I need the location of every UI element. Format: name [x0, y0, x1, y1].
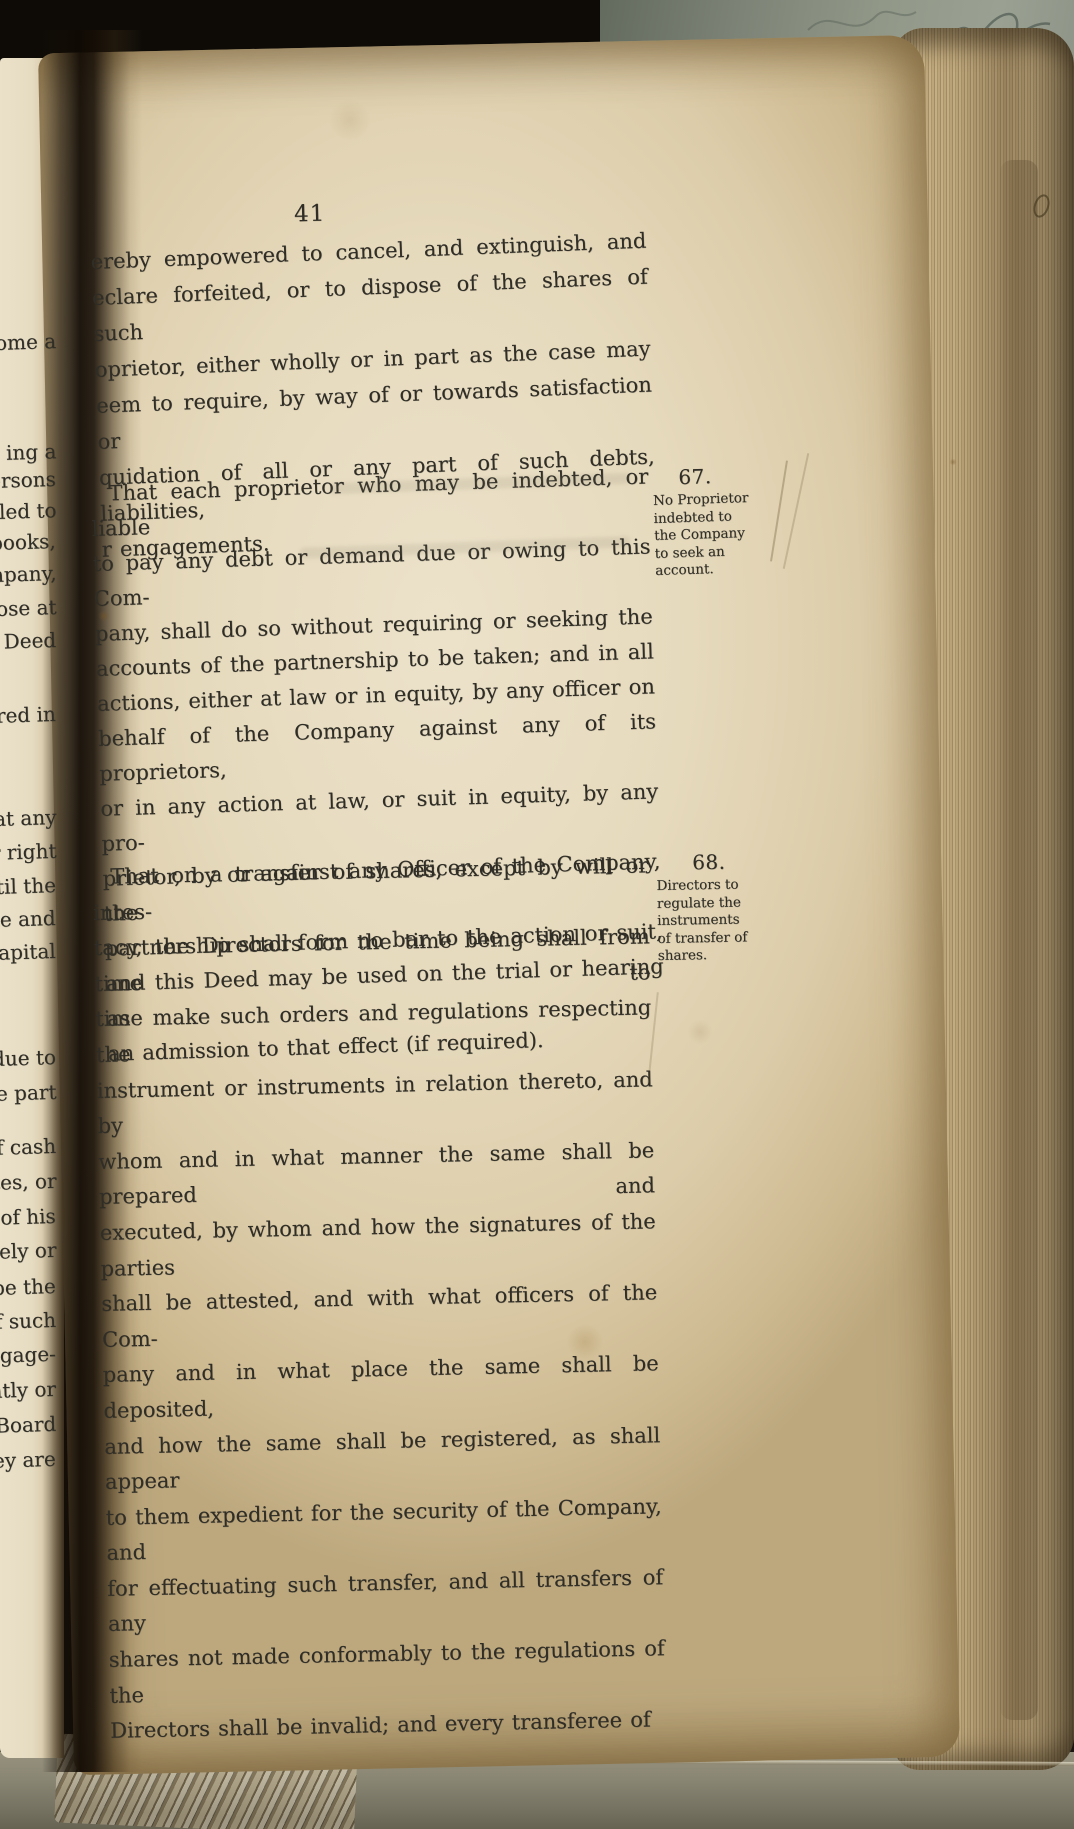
body-text-line: to them expedient for the security of th… [105, 1489, 662, 1572]
fragment-line: at any [0, 805, 56, 831]
body-text-line: That on a transfer of shares, except by … [92, 848, 649, 931]
fragment-line: npany, [0, 561, 56, 587]
facing-page-text-fragments: ome a ing a ersons led to books, npany, … [0, 0, 62, 1829]
fragment-line: s Deed [0, 628, 56, 654]
body-text-line: executed, by whom and how the signatures… [99, 1204, 656, 1287]
body-text-line: instrument or instruments in relation th… [96, 1062, 653, 1145]
fragment-line: ing a [5, 439, 56, 465]
fragment-line: of cash [0, 1134, 56, 1160]
fragment-line: intly or [0, 1377, 56, 1403]
fragment-line: hey are [0, 1447, 56, 1473]
margin-note-67: 67. No Proprietor indebted to the Compan… [652, 461, 804, 580]
body-text-line: tacy, the Directors for the time being s… [93, 920, 650, 1003]
fragment-line: ersons [0, 467, 56, 493]
fragment-line: led to [0, 498, 56, 524]
margin-note-68: 68. Directors to regulate the instrument… [656, 848, 806, 965]
fragment-line: be the [0, 1274, 56, 1300]
fragment-line: otes, or [0, 1169, 56, 1195]
body-text-line: whom and in what manner the same shall b… [98, 1133, 655, 1216]
fragment-line: of such [0, 1308, 56, 1334]
body-text-line: time make such orders and regulations re… [95, 991, 652, 1074]
fragment-line: ately or [0, 1238, 56, 1264]
page-edges-right-shadow [1000, 160, 1038, 1720]
fragment-line: books, [0, 529, 56, 555]
fragment-line: due to [0, 1045, 56, 1071]
scanned-book-page-photo: ome a ing a ersons led to books, npany, … [0, 0, 1074, 1829]
page-number: 41 [294, 201, 326, 228]
fragment-line: engage- [0, 1342, 56, 1369]
body-text-line: shall be attested, and with what officer… [101, 1275, 658, 1358]
fragment-line: ome a [0, 329, 56, 355]
fragment-line: til the [0, 873, 56, 899]
fragment-line: ared in [0, 702, 56, 728]
fragment-line: t of his [0, 1204, 56, 1230]
body-text-line: pany and in what place the same shall be… [102, 1347, 659, 1430]
body-text-line: for effectuating such transfer, and all … [107, 1560, 664, 1643]
margin-note-line: shares. [658, 945, 806, 965]
body-text-line: and how the same shall be registered, as… [104, 1418, 661, 1501]
body-text-line: shares not made conformably to the regul… [108, 1631, 665, 1714]
fragment-line: capital [0, 939, 56, 965]
clause-number: 68. [692, 848, 804, 874]
fragment-line: he part [0, 1080, 56, 1106]
clause-68-paragraph: That on a transfer of shares, except by … [92, 848, 667, 1749]
fragment-line: e Board [0, 1412, 56, 1438]
fragment-line: de and [0, 906, 56, 932]
fragment-line: er right [0, 839, 56, 865]
fragment-line: ose at [0, 595, 56, 621]
